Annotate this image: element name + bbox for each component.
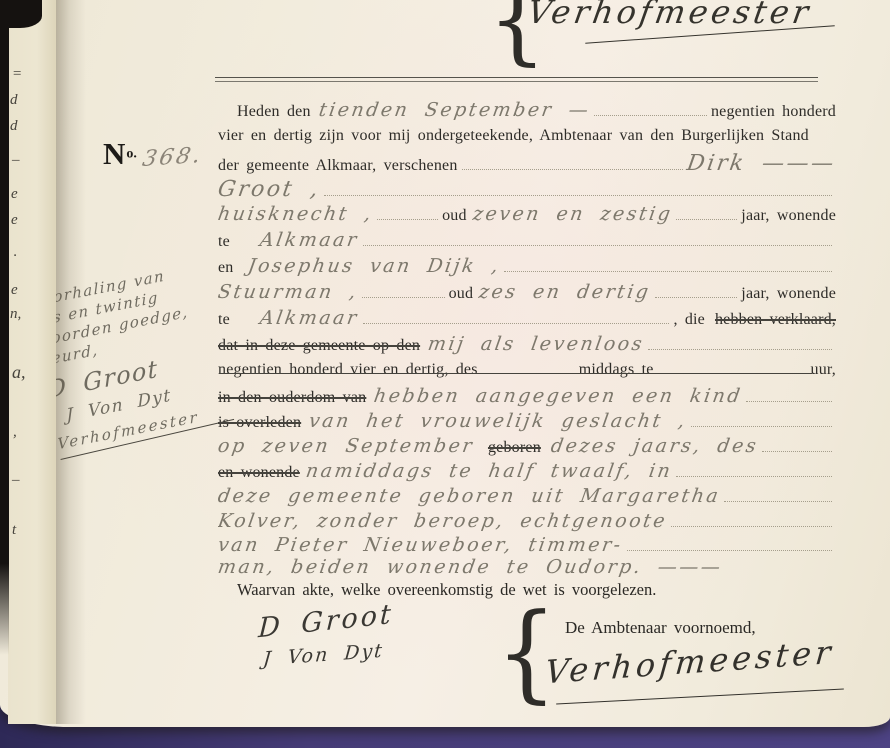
text-fragment: = [12, 66, 22, 83]
text-fragment: a, [12, 362, 26, 383]
printed-text-struck: hebben verklaard, [715, 311, 836, 329]
text-fragment: e [11, 186, 18, 203]
printed-text: vier en dertig zijn voor mij ondergeteek… [218, 127, 809, 145]
text-fragment: · [13, 248, 17, 265]
dotted-rule [658, 371, 807, 374]
handwritten-entry: zes en dertig [478, 283, 652, 302]
form-line-17: Kolver, zonder beroep, echtgenoote [218, 512, 836, 538]
binding-edge [0, 0, 9, 655]
form-line-15: en wonende namiddags te half twaalf, in [218, 462, 836, 488]
handwritten-entry: van Pieter Nieuweboer, timmer- [218, 536, 624, 555]
registrar-signature: Verhofmeester [544, 636, 835, 688]
printed-text-struck: middags te [579, 361, 654, 379]
printed-text-struck: geboren [488, 439, 541, 457]
printed-text: te [218, 233, 230, 251]
form-line-10: dat in deze gemeente op den mij als leve… [218, 335, 836, 361]
signature-text: Verhofmeester [525, 0, 813, 28]
signature-text: J Von Dyt [262, 642, 384, 670]
form-line-13: is overleden van het vrouwelijk geslacht… [218, 412, 836, 438]
printed-text: jaar, wonende [741, 207, 836, 225]
form-line-3: der gemeente Alkmaar, verschenen Dirk ——… [218, 153, 836, 179]
printed-text: te [218, 311, 230, 329]
handwritten-entry: van het vrouwelijk geslacht , [308, 412, 689, 431]
dotted-rule [363, 243, 832, 246]
act-separator-rule [215, 77, 818, 82]
printed-text: Heden den [237, 103, 311, 121]
printed-text: jaar, wonende [741, 285, 836, 303]
handwritten-entry: Kolver, zonder beroep, echtgenoote [218, 512, 669, 531]
printed-text: oud [442, 207, 467, 225]
printed-text: oud [449, 285, 474, 303]
official-title: De Ambtenaar voornoemd, [565, 618, 756, 638]
handwritten-entry: deze gemeente geboren uit Margaretha [218, 487, 722, 506]
handwritten-entry: Groot , [218, 179, 322, 201]
act-number: No. 368. [103, 136, 202, 172]
dotted-rule [627, 548, 832, 551]
dotted-rule [504, 269, 832, 272]
printed-text-struck: is overleden [218, 414, 301, 432]
text-fragment: e [11, 212, 18, 229]
form-line-7: en Josephus van Dijk , [218, 257, 836, 283]
printed-text: en [218, 259, 234, 277]
form-line-12: in den ouderdom van hebben aangegeven ee… [218, 387, 836, 413]
text-fragment: – [12, 152, 20, 169]
printed-text: negentien honderd [711, 103, 836, 121]
printed-text-struck: dat in deze gemeente op den [218, 337, 420, 355]
handwritten-entry: Josephus van Dijk , [246, 257, 501, 276]
form-line-9: te Alkmaar , die hebben verklaard, [218, 309, 836, 335]
registrar-signature-underline [556, 688, 844, 704]
binding-corner [0, 0, 42, 28]
form-line-6: te Alkmaar [218, 231, 836, 257]
form-line-2: vier en dertig zijn voor mij ondergeteek… [218, 127, 836, 153]
dotted-rule [671, 524, 832, 527]
text-fragment: d [10, 118, 18, 135]
witness-signature-1: D Groot [257, 601, 395, 642]
handwritten-entry: Stuurman , [218, 283, 359, 302]
text-fragment: t [12, 522, 16, 539]
handwritten-entry: huisknecht , [218, 205, 374, 224]
register-page: { Verhofmeester No. 368. Doorhaling van … [0, 0, 890, 727]
printed-text-struck: en wonende [218, 464, 300, 482]
handwritten-entry: namiddags te half twaalf, in [304, 462, 673, 481]
handwritten-entry: Alkmaar [258, 309, 360, 328]
dotted-rule [362, 295, 445, 298]
text-fragment: d [10, 92, 18, 109]
act-number-prefix: N [103, 136, 126, 171]
dotted-rule [724, 499, 832, 502]
dotted-rule [482, 371, 575, 374]
handwritten-entry: dezes jaars, des [549, 437, 759, 456]
handwritten-entry: Alkmaar [258, 231, 360, 250]
printed-text-struck: in den ouderdom van [218, 389, 366, 407]
dotted-rule [676, 474, 832, 477]
dotted-rule [363, 321, 670, 324]
printed-text: der gemeente Alkmaar, verschenen [218, 157, 458, 175]
dotted-rule [676, 217, 737, 220]
text-fragment: e [11, 282, 18, 299]
act-number-value: 368. [140, 145, 204, 171]
previous-act-signature: Verhofmeester [528, 0, 811, 28]
text-fragment: n, [10, 306, 21, 323]
handwritten-entry: op zeven September [218, 437, 475, 456]
handwritten-entry: mij als levenloos [427, 335, 646, 354]
handwritten-entry: hebben aangegeven een kind [373, 387, 744, 406]
printed-text: , die [673, 311, 705, 329]
witness-signature-2: J Von Dyt [262, 642, 384, 670]
dotted-rule [691, 424, 832, 427]
form-line-16: deze gemeente geboren uit Margaretha [218, 487, 836, 513]
previous-page-sliver: = d d – e e · e n, a, , – t [8, 0, 56, 724]
handwritten-entry: zeven en zestig [471, 205, 673, 224]
text-fragment: , [13, 424, 17, 441]
printed-text-struck: negentien honderd vier en dertig, des [218, 361, 478, 379]
dotted-rule [655, 295, 738, 298]
dotted-rule [462, 167, 684, 170]
printed-text: Waarvan akte, welke overeenkomstig de we… [237, 580, 656, 599]
dotted-rule [648, 347, 832, 350]
dotted-rule [762, 449, 832, 452]
signature-text: Verhofmeester [544, 636, 836, 688]
text-fragment: – [12, 472, 20, 489]
form-line-1: Heden den tienden September — negentien … [218, 101, 836, 127]
handwritten-entry: tienden September — [317, 101, 591, 120]
dotted-rule [746, 399, 832, 402]
form-line-4: Groot , [218, 179, 836, 205]
handwritten-entry: man, beiden wonende te Oudorp. ——— [218, 558, 724, 577]
printed-text-struck: uur, [811, 361, 837, 379]
act-number-ordinal: o. [126, 147, 137, 162]
dotted-rule [324, 193, 832, 196]
signature-text: D Groot [258, 601, 395, 643]
dotted-rule [377, 217, 438, 220]
dotted-rule [594, 113, 707, 116]
form-line-14: op zeven September geboren dezes jaars, … [218, 437, 836, 463]
page-gutter-shadow [56, 0, 86, 724]
scanned-register-page: { Verhofmeester No. 368. Doorhaling van … [0, 0, 890, 748]
form-line-5: huisknecht , oud zeven en zestig jaar, w… [218, 205, 836, 231]
form-line-8: Stuurman , oud zes en dertig jaar, wonen… [218, 283, 836, 309]
form-line-11: negentien honderd vier en dertig, des mi… [218, 361, 836, 387]
handwritten-entry: Dirk ——— [686, 153, 836, 175]
